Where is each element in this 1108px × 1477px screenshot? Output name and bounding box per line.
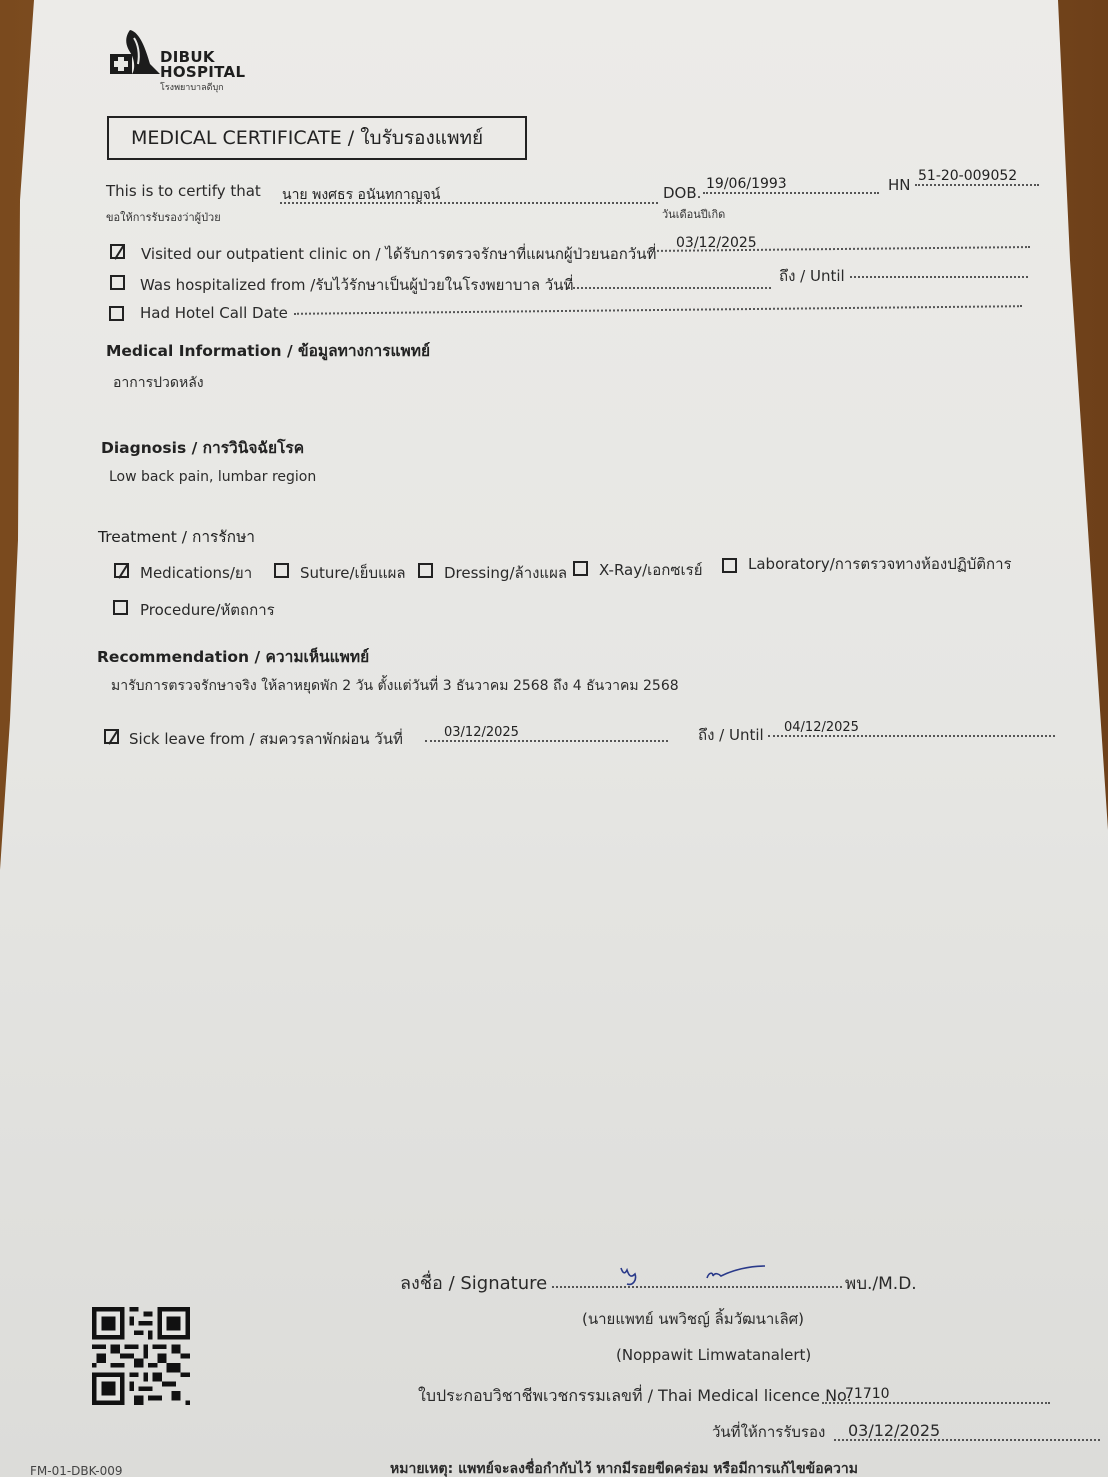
procedure-checkbox[interactable] bbox=[113, 600, 128, 615]
diagnosis-text: Low back pain, lumbar region bbox=[109, 469, 316, 485]
medications-checkbox[interactable] bbox=[114, 563, 129, 578]
sick-leave-from-field[interactable]: 03/12/2025 bbox=[444, 725, 519, 740]
hospitalized-from-field[interactable] bbox=[568, 287, 771, 289]
sick-leave-label: Sick leave from / สมควรลาพักผ่อน วันที่ bbox=[129, 727, 403, 751]
hospital-name-line2: HOSPITAL bbox=[160, 65, 245, 80]
certify-label: This is to certify that bbox=[106, 182, 261, 200]
hospitalized-checkbox[interactable] bbox=[110, 275, 125, 290]
sick-leave-checkbox[interactable] bbox=[104, 729, 119, 744]
dob-underline bbox=[703, 192, 879, 194]
certification-date-label: วันที่ให้การรับรอง bbox=[712, 1420, 825, 1444]
sick-leave-from-underline bbox=[425, 740, 668, 742]
signature-ink-icon bbox=[615, 1262, 775, 1292]
hotel-call-checkbox[interactable] bbox=[109, 306, 124, 321]
hospital-name-thai: โรงพยาบาลดีบุก bbox=[160, 80, 224, 94]
licence-label: ใบประกอบวิชาชีพเวชกรรมเลขที่ / Thai Medi… bbox=[418, 1384, 852, 1409]
doctor-name-thai: (นายแพทย์ นพวิชญ์ ลิ้มวัฒนาเลิศ) bbox=[582, 1307, 804, 1331]
document-title: MEDICAL CERTIFICATE / ใบรับรองแพทย์ bbox=[107, 116, 527, 160]
hotel-call-date-field[interactable] bbox=[294, 305, 1022, 315]
dressing-checkbox[interactable] bbox=[418, 563, 433, 578]
form-code: FM-01-DBK-009 bbox=[30, 1464, 123, 1477]
suture-checkbox[interactable] bbox=[274, 563, 289, 578]
sick-leave-until-label: ถึง / Until bbox=[698, 723, 764, 747]
certificate-paper: DIBUK HOSPITAL โรงพยาบาลดีบุก MEDICAL CE… bbox=[0, 0, 1108, 1477]
xray-label: X-Ray/เอกซเรย์ bbox=[599, 558, 703, 582]
certification-date-field[interactable]: 03/12/2025 bbox=[848, 1421, 940, 1440]
recommendation-heading: Recommendation / ความเห็นแพทย์ bbox=[97, 644, 369, 669]
signature-label: ลงชื่อ / Signature bbox=[400, 1268, 547, 1297]
licence-underline bbox=[822, 1402, 1050, 1404]
diagnosis-heading: Diagnosis / การวินิจฉัยโรค bbox=[101, 435, 304, 460]
treatment-heading: Treatment / การรักษา bbox=[98, 524, 255, 549]
qr-code-icon bbox=[92, 1303, 190, 1409]
hotel-call-label: Had Hotel Call Date bbox=[140, 304, 288, 322]
dob-label-thai: วันเดือนปีเกิด bbox=[662, 205, 725, 223]
patient-name-underline bbox=[280, 202, 658, 204]
hospitalized-until-field[interactable] bbox=[850, 276, 1028, 278]
laboratory-label: Laboratory/การตรวจทางห้องปฏิบัติการ bbox=[748, 552, 1012, 576]
xray-checkbox[interactable] bbox=[573, 561, 588, 576]
suture-label: Suture/เย็บแผล bbox=[300, 561, 406, 585]
medical-information-heading: Medical Information / ข้อมูลทางการแพทย์ bbox=[106, 338, 430, 363]
hn-field[interactable]: 51-20-009052 bbox=[918, 168, 1017, 184]
certification-date-underline bbox=[834, 1439, 1100, 1441]
recommendation-text: มารับการตรวจรักษาจริง ให้ลาหยุดพัก 2 วัน… bbox=[111, 675, 679, 697]
medications-label: Medications/ยา bbox=[140, 561, 252, 585]
procedure-label: Procedure/หัตถการ bbox=[140, 598, 275, 622]
laboratory-checkbox[interactable] bbox=[722, 558, 737, 573]
certify-label-thai: ขอให้การรับรองว่าผู้ป่วย bbox=[106, 208, 221, 226]
hospital-name: DIBUK HOSPITAL bbox=[160, 50, 245, 80]
licence-number-field[interactable]: 71710 bbox=[845, 1386, 890, 1402]
visited-outpatient-label: Visited our outpatient clinic on / ได้รั… bbox=[141, 242, 656, 266]
hospitalized-until-label: ถึง / Until bbox=[779, 264, 845, 288]
hospital-cross-logo-icon bbox=[110, 28, 162, 78]
dob-label: DOB. bbox=[663, 184, 701, 202]
doctor-name-english: (Noppawit Limwatanalert) bbox=[616, 1346, 811, 1364]
dob-field[interactable]: 19/06/1993 bbox=[706, 176, 787, 192]
sick-leave-until-underline bbox=[768, 735, 1055, 737]
dressing-label: Dressing/ล้างแผล bbox=[444, 561, 567, 585]
visited-outpatient-checkbox[interactable] bbox=[110, 244, 125, 259]
footer-note: หมายเหตุ: แพทย์จะลงชื่อกำกับไว้ หากมีรอย… bbox=[390, 1458, 858, 1477]
sick-leave-until-field[interactable]: 04/12/2025 bbox=[784, 720, 859, 735]
hn-label: HN bbox=[888, 176, 911, 194]
hn-underline bbox=[915, 184, 1039, 186]
md-suffix: พบ./M.D. bbox=[845, 1270, 917, 1297]
hospitalized-label: Was hospitalized from /รับไว้รักษาเป็นผู… bbox=[140, 273, 573, 297]
medical-information-text: อาการปวดหลัง bbox=[113, 372, 204, 394]
